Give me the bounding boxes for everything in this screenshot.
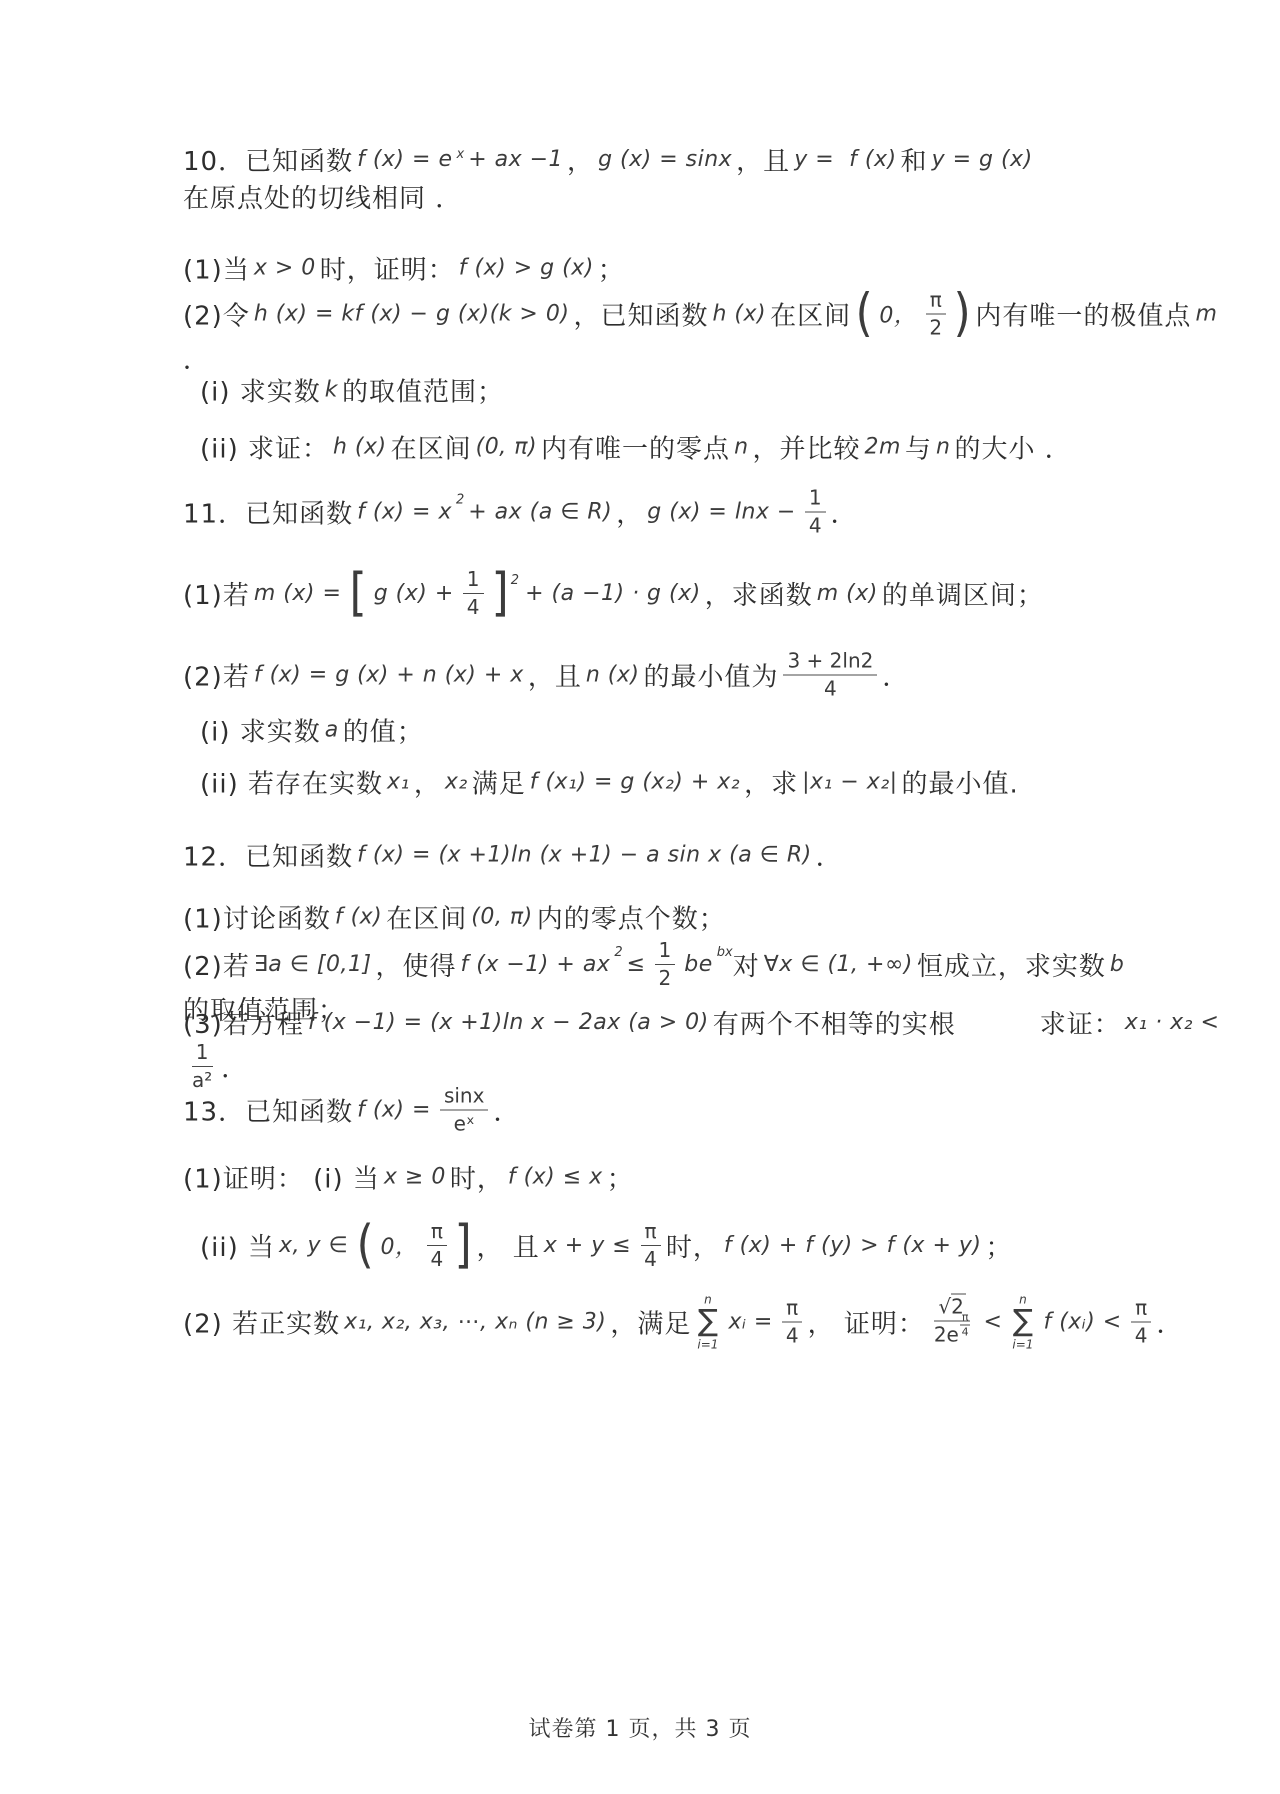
formula-f-rest: + ax −1 — [468, 147, 563, 172]
numerator: 1 — [655, 939, 676, 965]
fraction-pi-over-4: π 4 — [782, 1297, 803, 1348]
variable-b: b — [1110, 952, 1124, 977]
text: 的大小 ． — [954, 429, 1071, 466]
text: 时，证明： — [320, 250, 455, 287]
denominator: 4 — [640, 1246, 661, 1271]
m-x: m (x) — [817, 581, 878, 606]
problem-11-part-2: (2)若 f (x) = g (x) + n (x) + x ，且 n (x) … — [183, 650, 1240, 701]
be: be — [684, 952, 713, 977]
interval-0-pi: (0, π) — [476, 435, 537, 460]
interval-left: 0， — [879, 298, 916, 329]
part-label: (3)若方程 — [183, 1004, 304, 1041]
text: 对 — [733, 946, 760, 983]
text: 内有唯一的零点 — [541, 429, 730, 466]
numerator: π — [641, 1220, 661, 1246]
fraction-pi-over-4: π 4 — [640, 1220, 661, 1271]
problem-10-part-2: (2)令 h (x) = kf (x) − g (x)(k > 0) ，已知函数… — [183, 288, 1240, 377]
summation: n ∑ i=1 — [697, 1294, 718, 1351]
statement-tail: 在原点处的切线相同 ． — [183, 178, 462, 215]
text: 的最小值为 — [643, 657, 778, 694]
formula-y-f: y = f (x) — [794, 147, 896, 172]
abs-x1-minus-x2: |x₁ − x₂| — [802, 770, 897, 795]
part-label: (1)讨论函数 — [183, 899, 331, 936]
h-x: h (x) — [333, 435, 387, 460]
sum-condition: x + y ≤ — [544, 1233, 631, 1258]
subpart-label: (ii) 求证： — [200, 429, 329, 466]
punctuation: ； — [607, 1159, 634, 1196]
problem-12-statement: 12．已知函数 f (x) = (x +1)ln (x +1) − a sin … — [183, 837, 1240, 874]
formula-g: g (x) = lnx − — [647, 500, 796, 525]
sum-lower-limit: i=1 — [1012, 1339, 1033, 1351]
interval-0-pi-over-2: ( 0， π 2 ) — [853, 288, 973, 340]
two-m: 2m — [865, 435, 901, 460]
punctuation: ． — [816, 837, 843, 874]
problem-10-label: 10．已知函数 — [183, 141, 353, 178]
sigma-symbol: ∑ — [1013, 1307, 1033, 1337]
formula-y-g: y = g (x) — [932, 147, 1033, 172]
left-bracket: [ — [350, 567, 367, 619]
variable-n: n — [936, 435, 950, 460]
denominator: 4 — [426, 1246, 447, 1271]
xi-equals: xᵢ = — [728, 1310, 772, 1335]
subpart-label: (ii) 当 — [200, 1227, 275, 1264]
problem-10-part-2-i: (i) 求实数 k 的取值范围； — [200, 372, 1240, 409]
text-prove: ， 证明： — [808, 1304, 925, 1341]
numerator: π — [782, 1297, 802, 1323]
denominator: 4 — [820, 676, 841, 701]
problem-11-part-2-ii: (ii) 若存在实数 x₁ ， x₂ 满足 f (x₁) = g (x₂) + … — [200, 764, 1240, 801]
text: 内的零点个数； — [537, 899, 726, 936]
text: 的单调区间； — [882, 575, 1044, 612]
numerator: π — [427, 1220, 447, 1246]
text: 在区间 — [391, 429, 472, 466]
f-x: f (x) — [335, 905, 382, 930]
part-label: (1)若 — [183, 575, 250, 612]
lhs: f (x −1) + ax — [461, 952, 611, 977]
text: ，使得 — [376, 946, 457, 983]
variable-k: k — [325, 378, 338, 403]
problem-11-part-1: (1)若 m (x) = [ g (x) + 1 4 ] 2 + (a −1) … — [183, 567, 1240, 619]
comma: ， — [616, 494, 643, 531]
subpart-label: (i) 求实数 — [200, 372, 321, 409]
subpart-label: (i) 求实数 — [200, 712, 321, 749]
text-interval: 在区间 — [770, 295, 851, 332]
fraction-pi-over-4: π 4 — [426, 1220, 447, 1271]
fraction-1-over-2: 1 2 — [655, 939, 676, 990]
equation: f (x −1) = (x +1)ln x − 2ax (a > 0) — [308, 1010, 709, 1035]
fraction-pi-over-2: π 2 — [925, 288, 946, 339]
problem-13-part-1-ii: (ii) 当 x, y ∈ ( 0， π 4 ] ， 且 x + y ≤ π 4… — [200, 1219, 1240, 1271]
left-paren: ( — [357, 1219, 374, 1271]
interval-left: 0， — [380, 1230, 417, 1261]
text: 时， — [666, 1227, 720, 1264]
punctuation: ； — [985, 1227, 1012, 1264]
fraction-1-over-4: 1 4 — [463, 568, 484, 619]
text-prove: 求证： — [1040, 1004, 1121, 1041]
comma: ， — [567, 141, 594, 178]
sigma-symbol: ∑ — [698, 1307, 718, 1337]
text: ，并比较 — [753, 429, 861, 466]
equation: f (x₁) = g (x₂) + x₂ — [530, 770, 740, 795]
text: ，求 — [744, 764, 798, 801]
denominator: 4 — [1131, 1323, 1152, 1348]
fraction-sinx-over-ex: sinx eˣ — [440, 1085, 489, 1136]
numerator: 1 — [192, 1041, 213, 1067]
variable-a: a — [325, 718, 339, 743]
denominator: 4 — [463, 594, 484, 619]
text: ，满足 — [610, 1304, 691, 1341]
problem-12-part-3: (3)若方程 f (x −1) = (x +1)ln x − 2ax (a > … — [183, 1004, 1240, 1092]
page-footer: 试卷第 1 页，共 3 页 — [0, 1712, 1280, 1743]
punctuation: ． — [493, 1092, 520, 1129]
right-bracket: ] — [455, 1219, 472, 1271]
f-equals: f (x) = — [357, 1098, 431, 1123]
inequality: f (x) ≤ x — [508, 1165, 603, 1190]
formula-rest: + (a −1) · g (x) — [525, 581, 701, 606]
superscript-2: 2 — [511, 573, 519, 588]
n-x: n (x) — [586, 663, 640, 688]
denominator: 2 — [655, 965, 676, 990]
superscript-2: 2 — [614, 945, 622, 960]
superadditive-inequality: f (x) + f (y) > f (x + y) — [724, 1233, 982, 1258]
leq: ≤ — [627, 952, 646, 977]
right-bracket: ] — [491, 567, 508, 619]
comma: ， — [414, 764, 441, 801]
m-definition: m (x) = — [254, 581, 342, 606]
base-2e: 2e — [934, 1324, 959, 1347]
inequality: f (x) > g (x) — [459, 256, 594, 281]
variable-n: n — [734, 435, 748, 460]
problem-10-statement: 10．已知函数 f (x) = e x + ax −1 ， g (x) = si… — [183, 141, 1240, 215]
text: 的取值范围； — [342, 372, 504, 409]
text: 与 — [905, 429, 932, 466]
fraction-1-over-4: 1 4 — [805, 487, 826, 538]
text: 内有唯一的极值点 — [975, 295, 1191, 332]
formula-g: g (x) = sinx — [598, 147, 732, 172]
f-equation: f (x) = g (x) + n (x) + x — [254, 663, 524, 688]
sum-lower-limit: i=1 — [697, 1339, 718, 1351]
part-label: (2)令 — [183, 295, 250, 332]
text: 时， — [450, 1159, 504, 1196]
exam-page: 10．已知函数 f (x) = e x + ax −1 ， g (x) = si… — [0, 0, 1280, 1794]
f-definition: f (x) = (x +1)ln (x +1) − a sin x (a ∈ R… — [357, 843, 812, 868]
denominator: eˣ — [450, 1111, 479, 1136]
problem-11-statement: 11．已知函数 f (x) = x 2 + ax (a ∈ R) ， g (x)… — [183, 487, 1240, 538]
condition: x ≥ 0 — [384, 1165, 446, 1190]
numerator: π — [960, 1312, 971, 1325]
forall-x: ∀x ∈ (1, +∞) — [764, 952, 913, 977]
text-he: 和 — [901, 141, 928, 178]
numerator: 3 + 2ln2 — [783, 650, 877, 676]
problem-10-part-2-ii: (ii) 求证： h (x) 在区间 (0, π) 内有唯一的零点 n ，并比较… — [200, 429, 1240, 466]
part-label: (2)若 — [183, 946, 250, 983]
denominator: 4 — [782, 1323, 803, 1348]
fraction-pi-over-4: π 4 — [1131, 1297, 1152, 1348]
interval-0-pi: (0, π) — [471, 905, 532, 930]
text: 在区间 — [386, 899, 467, 936]
less-than: < — [983, 1310, 1002, 1335]
formula-f: f (x) = e — [357, 147, 452, 172]
f-xi-less-than: f (xᵢ) < — [1043, 1310, 1121, 1335]
part-label: (1)证明： (i) 当 — [183, 1159, 380, 1196]
subpart-label: (ii) 若存在实数 — [200, 764, 383, 801]
x-y-in: x, y ∈ — [279, 1233, 348, 1258]
superscript-2: 2 — [456, 493, 464, 508]
problem-12-part-1: (1)讨论函数 f (x) 在区间 (0, π) 内的零点个数； — [183, 899, 1240, 936]
punctuation: ． — [882, 657, 909, 694]
part-label: (2)若 — [183, 657, 250, 694]
superscript-bx: bx — [717, 945, 733, 960]
x1: x₁ — [387, 770, 410, 795]
text: 满足 — [472, 764, 526, 801]
denominator: 4 — [805, 513, 826, 538]
exists-a: ∃a ∈ [0,1] — [254, 952, 372, 977]
numerator: 1 — [805, 487, 826, 513]
text: 的值； — [343, 712, 424, 749]
text: 的最小值. — [902, 764, 1019, 801]
summation: n ∑ i=1 — [1012, 1294, 1033, 1351]
problem-13-statement: 13．已知函数 f (x) = sinx eˣ ． — [183, 1085, 1240, 1136]
text: ， 且 — [477, 1227, 540, 1264]
punctuation: ； — [598, 250, 625, 287]
text: ，且 — [528, 657, 582, 694]
fraction-3-plus-2ln2-over-4: 3 + 2ln2 4 — [783, 650, 877, 701]
text: 有两个不相等的实根 — [713, 1004, 956, 1041]
part-label: (2) 若正实数 — [183, 1304, 340, 1341]
problem-11-part-2-i: (i) 求实数 a 的值； — [200, 712, 1240, 749]
numerator: 1 — [463, 568, 484, 594]
condition: x > 0 — [254, 256, 316, 281]
problem-11-label: 11．已知函数 — [183, 494, 353, 531]
denominator: 4 — [962, 1325, 969, 1338]
numerator: π — [926, 288, 946, 314]
denominator: 2 — [925, 314, 946, 339]
problem-13-label: 13．已知函数 — [183, 1092, 353, 1129]
left-paren: ( — [856, 288, 873, 340]
text: 恒成立，求实数 — [917, 946, 1106, 983]
superscript-x: x — [456, 147, 464, 162]
fraction-sqrt2-over-2e-pi-4: √ 2 2e π 4 — [930, 1294, 975, 1350]
radical-sign: √ — [938, 1296, 951, 1319]
blank-space — [956, 1018, 1040, 1028]
text: ，求函数 — [705, 575, 813, 612]
punctuation: ． — [831, 494, 858, 531]
part-label: (1)当 — [183, 250, 250, 287]
numerator: π — [1131, 1297, 1151, 1323]
problem-10-part-1: (1)当 x > 0 时，证明： f (x) > g (x) ； — [183, 250, 1240, 287]
variable-m: m — [1195, 301, 1217, 326]
punctuation: ． — [1156, 1304, 1183, 1341]
g-plus: g (x) + — [374, 581, 454, 606]
denominator-2e-pi-4: 2e π 4 — [930, 1322, 975, 1350]
exponent-pi-over-4: π 4 — [960, 1312, 971, 1338]
formula-f-rest: + ax (a ∈ R) — [468, 500, 612, 525]
punctuation: ． — [221, 1048, 248, 1085]
right-paren: ) — [954, 288, 971, 340]
problem-13-part-2: (2) 若正实数 x₁, x₂, x₃, ⋯, xₙ (n ≥ 3) ，满足 n… — [183, 1294, 1240, 1351]
problem-13-part-1-i: (1)证明： (i) 当 x ≥ 0 时， f (x) ≤ x ； — [183, 1159, 1240, 1196]
sequence: x₁, x₂, x₃, ⋯, xₙ (n ≥ 3) — [344, 1310, 606, 1335]
interval-0-pi-over-4: ( 0， π 4 ] — [354, 1219, 474, 1271]
text: ，已知函数 — [573, 295, 708, 332]
numerator: sinx — [440, 1085, 489, 1111]
x2: x₂ — [445, 770, 468, 795]
h-definition: h (x) = kf (x) − g (x)(k > 0) — [254, 301, 570, 326]
bracket-squared-group: [ g (x) + 1 4 ] 2 — [347, 567, 519, 619]
product-inequality: x₁ · x₂ < — [1125, 1010, 1220, 1035]
h-x: h (x) — [712, 301, 766, 326]
text-and: ，且 — [736, 141, 790, 178]
problem-12-label: 12．已知函数 — [183, 837, 353, 874]
formula-f: f (x) = x — [357, 500, 452, 525]
